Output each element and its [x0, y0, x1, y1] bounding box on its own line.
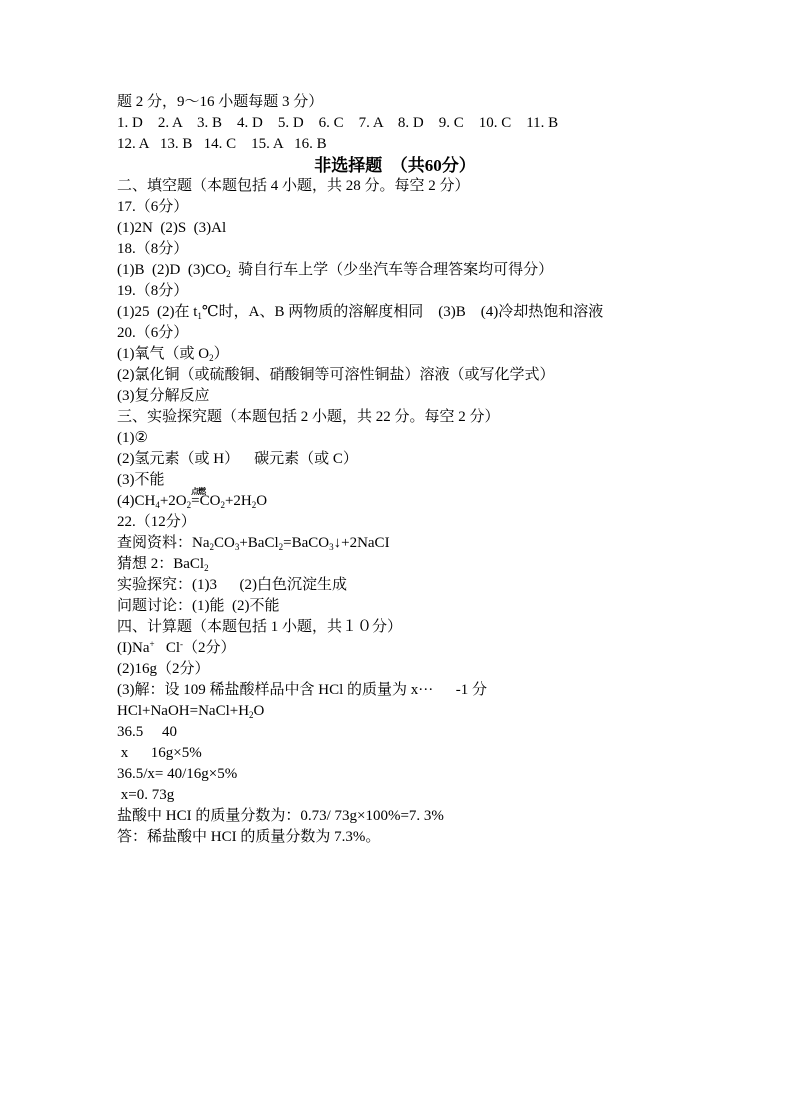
q22-score: 22.（12分） [117, 512, 727, 533]
q23-answer-1: (I)Na+ Cl-（2分） [117, 638, 727, 659]
q21-answer-4-equation: (4)CH4+2O2点燃=CO2+2H2O [117, 491, 727, 512]
document-page: 题 2 分，9～16 小题每题 3 分）1. D 2. A 3. B 4. D … [0, 0, 790, 1119]
q17-answers: (1)2N (2)S (3)Al [117, 218, 727, 239]
chemical-subscript: 2 [210, 542, 215, 552]
q18-score: 18.（8分） [117, 239, 727, 260]
q23-answer-2: (2)16g（2分） [117, 659, 727, 680]
q20-answer-3: (3)复分解反应 [117, 386, 727, 407]
section-3-heading: 三、实验探究题（本题包括 2 小题，共 22 分。每空 2 分） [117, 407, 727, 428]
q22-discussion: 问题讨论：(1)能 (2)不能 [117, 596, 727, 617]
chemical-subscript: 4 [155, 500, 160, 510]
choice-answers-row-2: 12. A 13. B 14. C 15. A 16. B [117, 134, 727, 155]
chemical-subscript: 2 [252, 500, 257, 510]
q23-equation: HCl+NaOH=NaCl+H2O [117, 701, 727, 722]
chemical-subscript: 2 [279, 542, 284, 552]
q23-mass-fraction: 盐酸中 HCI 的质量分数为：0.73/ 73g×100%=7. 3% [117, 806, 727, 827]
q21-answer-2: (2)氢元素（或 H） 碳元素（或 C） [117, 449, 727, 470]
q22-reference-equation: 查阅资料：Na2CO3+BaCl2=BaCO3↓+2NaCI [117, 533, 727, 554]
q23-solution-setup: (3)解：设 109 稀盐酸样品中含 HCl 的质量为 x··· -1 分 [117, 680, 727, 701]
reaction-condition-label: 点燃 [191, 488, 205, 496]
chemical-subscript: 2 [220, 500, 225, 510]
chemical-subscript: 3 [235, 542, 240, 552]
section-heading-non-choice: 非选择题 （共60分） [117, 155, 673, 176]
chemical-subscript: 2 [209, 353, 214, 363]
q19-answers: (1)25 (2)在 t1℃时，A、B 两物质的溶解度相同 (3)B (4)冷却… [117, 302, 727, 323]
chemical-subscript: 3 [329, 542, 334, 552]
q19-score: 19.（8分） [117, 281, 727, 302]
q22-experiment: 实验探究：(1)3 (2)白色沉淀生成 [117, 575, 727, 596]
chemical-subscript: 1 [197, 311, 202, 321]
q23-proportion: 36.5/x= 40/16g×5% [117, 764, 727, 785]
ion-charge-superscript: - [180, 639, 183, 649]
q23-final-answer: 答：稀盐酸中 HCI 的质量分数为 7.3%。 [117, 827, 727, 848]
q21-answer-3: (3)不能 [117, 470, 727, 491]
q21-answer-1: (1)② [117, 428, 727, 449]
q23-molar-masses: 36.5 40 [117, 722, 727, 743]
ion-charge-superscript: + [149, 639, 154, 649]
chemical-subscript: 2 [204, 563, 209, 573]
q17-score: 17.（6分） [117, 197, 727, 218]
q23-quantities: x 16g×5% [117, 743, 727, 764]
chemical-subscript: 2 [249, 710, 254, 720]
q20-answer-2: (2)氯化铜（或硫酸铜、硝酸铜等可溶性铜盐）溶液（或写化学式） [117, 365, 727, 386]
chemical-subscript: 2 [226, 269, 231, 279]
q23-x-value: x=0. 73g [117, 785, 727, 806]
document-body: 题 2 分，9～16 小题每题 3 分）1. D 2. A 3. B 4. D … [117, 92, 727, 848]
choice-answers-row-1: 1. D 2. A 3. B 4. D 5. D 6. C 7. A 8. D … [117, 113, 727, 134]
q20-score: 20.（6分） [117, 323, 727, 344]
section-2-heading: 二、填空题（本题包括 4 小题，共 28 分。每空 2 分） [117, 176, 727, 197]
q22-guess: 猜想 2：BaCl2 [117, 554, 727, 575]
section-4-heading: 四、计算题（本题包括 1 小题，共１０分） [117, 617, 727, 638]
q20-answer-1: (1)氧气（或 O2） [117, 344, 727, 365]
score-note: 题 2 分，9～16 小题每题 3 分） [117, 92, 727, 113]
q18-answers: (1)B (2)D (3)CO2 骑自行车上学（少坐汽车等合理答案均可得分） [117, 260, 727, 281]
